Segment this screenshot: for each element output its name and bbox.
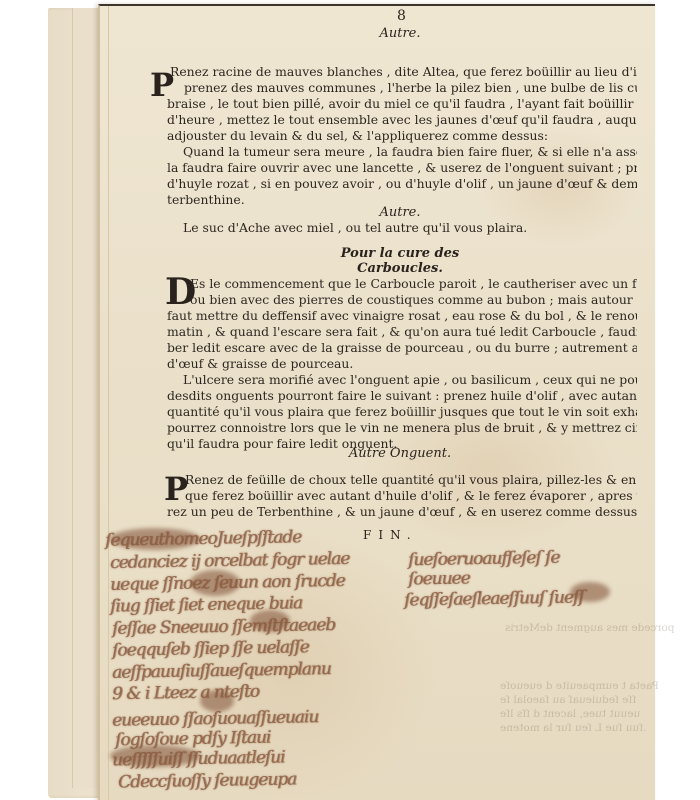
bleed-through-text: ſſe ſeduieuaſ au ſaeolal ſe — [500, 694, 636, 707]
text-line: d'heure , mettez le tout ensemble avec l… — [167, 112, 637, 128]
paragraph-choux: Renez de feüille de choux telle quantité… — [185, 472, 637, 504]
text-line: braise , le tout bien pillé, avoir du mi… — [167, 96, 637, 112]
text-line: faut mettre du deffensif avec vinaigre r… — [167, 308, 637, 324]
text-line: d'huyle rozat , si en pouvez avoir , ou … — [167, 176, 637, 192]
bleed-through-text: .ſuu ſue L ſeu ſur la motene — [500, 722, 646, 735]
text-line: d'œuf & graisse de pourceau. — [167, 356, 637, 372]
paragraph-suc-ache: Le suc d'Ache avec miel , ou tel autre q… — [183, 220, 653, 236]
text-line: L'ulcere sera morifié avec l'onguent api… — [167, 372, 637, 388]
bleed-through-text: ueuut tuee, lacent d ſſs lſe — [500, 708, 640, 721]
text-line: matin , & quand l'escare sera fait , & q… — [167, 324, 637, 340]
text-line: Renez de feüille de choux telle quantité… — [185, 472, 637, 488]
handwritten-line: 9 & i Lteez a nteſto — [112, 681, 259, 707]
text-line: rez un peu de Terbenthine , & un jaune d… — [167, 504, 637, 520]
paragraph-althea-remedy: Renez racine de mauves blanches , dite A… — [170, 64, 637, 96]
section-heading-carboucles: Pour la cure des Carboucles. — [300, 246, 500, 276]
text-line: ou bien avec des pierres de coustiques c… — [190, 292, 637, 308]
text-line: quantité qu'il vous plaira que ferez boü… — [167, 404, 637, 420]
section-heading-autre-2: Autre. — [355, 205, 445, 220]
handwritten-line: Cdeccſuoſſy ſeuugeupa — [118, 768, 297, 794]
end-mark: FIN. — [363, 528, 418, 542]
text-line: la faudra faire ouvrir avec une lancette… — [167, 160, 637, 176]
text-line: Le suc d'Ache avec miel , ou tel autre q… — [183, 220, 653, 236]
page-number: 8 — [397, 8, 406, 24]
paragraph-carboucle: Es le commencement que le Carboucle paro… — [190, 276, 637, 308]
text-line: ber ledit escare avec de la graisse de p… — [167, 340, 637, 356]
paragraph-althea-remedy-cont: braise , le tout bien pillé, avoir du mi… — [167, 96, 637, 144]
paragraph-tumeur: Quand la tumeur sera meure , la faudra b… — [167, 144, 637, 208]
section-heading-autre-onguent: Autre Onguent. — [340, 446, 460, 461]
text-line: que ferez boüillir avec autant d'huile d… — [185, 488, 637, 504]
text-line: desdits onguents pourront faire le suiva… — [167, 388, 637, 404]
paragraph-carboucle-cont: faut mettre du deffensif avec vinaigre r… — [167, 308, 637, 452]
text-line: pourrez connoistre lors que le vin ne me… — [167, 420, 637, 436]
section-heading-autre: Autre. — [360, 26, 440, 41]
text-line: Quand la tumeur sera meure , la faudra b… — [167, 144, 637, 160]
bleed-through-text: Paeta t eumpaeuite d eueuoſe — [500, 680, 659, 693]
text-line: adjouster du levain & du sel, & l'appliq… — [167, 128, 637, 144]
text-line: prenez des mauves communes , l'herbe la … — [184, 80, 637, 96]
paragraph-choux-cont: rez un peu de Terbenthine , & un jaune d… — [167, 504, 637, 520]
bleed-through-text: porcede mes augment deMetris — [505, 622, 674, 635]
text-line: Renez racine de mauves blanches , dite A… — [170, 64, 637, 80]
text-line: Es le commencement que le Carboucle paro… — [190, 276, 637, 292]
handwritten-line: ſeqſſeſaeſleaeſſuuſ ſueſſ — [404, 586, 584, 612]
